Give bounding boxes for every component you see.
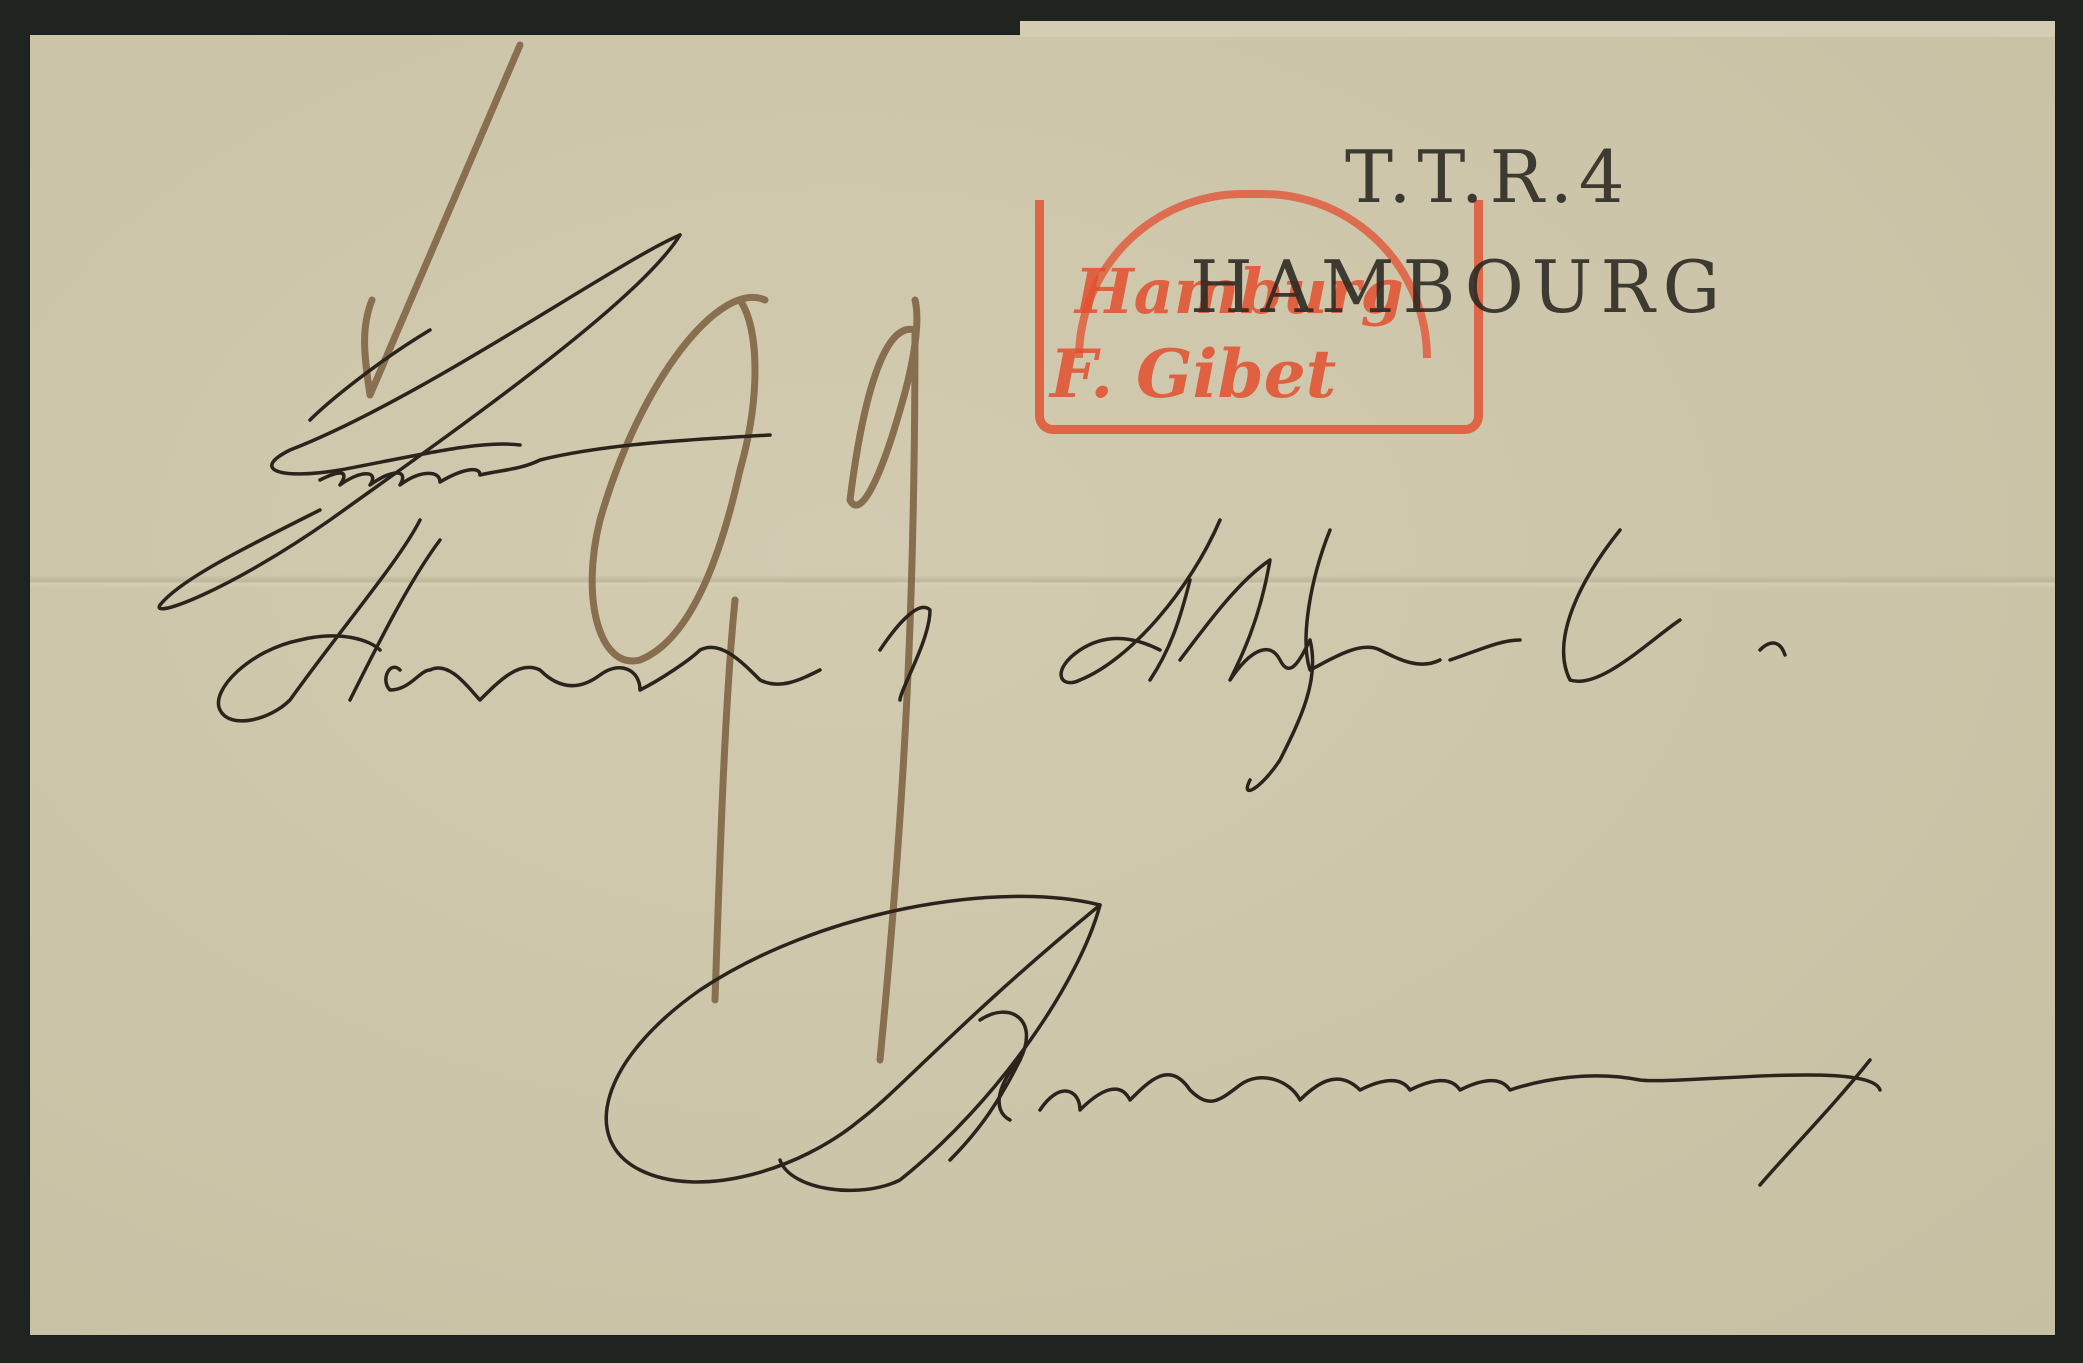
rate-marking-strokes — [365, 45, 917, 1060]
salutation-strokes — [159, 235, 770, 609]
addressee-line2-strokes — [1061, 520, 1785, 790]
city-strokes — [606, 896, 1880, 1190]
addressee-line1-strokes — [218, 520, 930, 721]
manuscript-ink — [0, 0, 2083, 1363]
